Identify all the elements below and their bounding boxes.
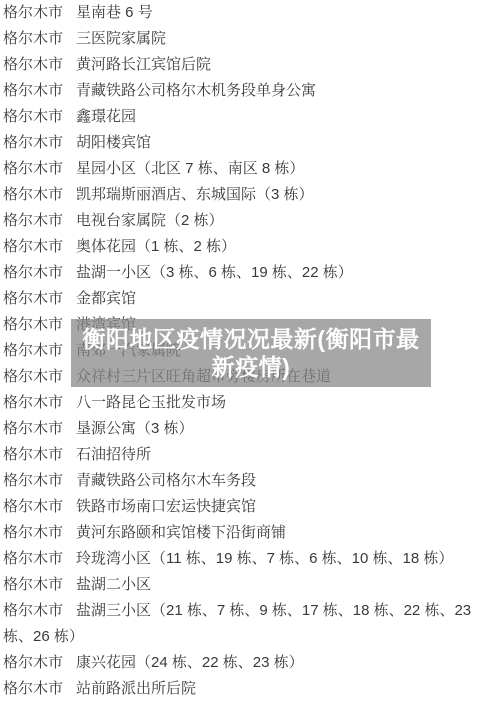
list-item: 格尔木市石油招待所 bbox=[3, 442, 498, 468]
list-item: 格尔木市鑫璟花园 bbox=[3, 104, 498, 130]
place-label: 黄河东路颐和宾馆楼下沿街商铺 bbox=[76, 524, 286, 541]
city-label: 格尔木市 bbox=[3, 56, 63, 73]
list-item: 格尔木市金都宾馆 bbox=[3, 286, 498, 312]
list-item: 格尔木市三医院家属院 bbox=[3, 26, 498, 52]
place-label: 垦源公寓（3 栋） bbox=[76, 420, 194, 437]
list-item: 格尔木市黄河东路颐和宾馆楼下沿街商铺 bbox=[3, 520, 498, 546]
list-item: 格尔木市青藏铁路公司格尔木车务段 bbox=[3, 468, 498, 494]
list-item: 格尔木市站前路派出所后院 bbox=[3, 676, 498, 702]
city-label: 格尔木市 bbox=[3, 134, 63, 151]
list-item: 格尔木市八一路昆仑玉批发市场 bbox=[3, 390, 498, 416]
place-label: 金都宾馆 bbox=[76, 290, 136, 307]
city-label: 格尔木市 bbox=[3, 524, 63, 541]
city-label: 格尔木市 bbox=[3, 446, 63, 463]
place-label: 星园小区（北区 7 栋、南区 8 栋） bbox=[76, 160, 304, 177]
place-label: 玲珑湾小区（11 栋、19 栋、7 栋、6 栋、10 栋、18 栋） bbox=[76, 550, 453, 567]
city-label: 格尔木市 bbox=[3, 342, 63, 359]
page: { "page": { "background": "#ffffff", "te… bbox=[0, 0, 500, 707]
list-item: 格尔木市胡阳楼宾馆 bbox=[3, 130, 498, 156]
city-label: 格尔木市 bbox=[3, 108, 63, 125]
city-label: 格尔木市 bbox=[3, 680, 63, 697]
city-label: 格尔木市 bbox=[3, 264, 63, 281]
city-label: 格尔木市 bbox=[3, 602, 63, 619]
list-item: 格尔木市黄河路长江宾馆后院 bbox=[3, 52, 498, 78]
place-label: 星南巷 6 号 bbox=[76, 4, 153, 21]
watermark-title: 衡阳地区疫情况况最新(衡阳市最新疫情) bbox=[78, 325, 424, 381]
list-item: 格尔木市铁路市场南口宏运快捷宾馆 bbox=[3, 494, 498, 520]
list-item: 格尔木市康兴花园（24 栋、22 栋、23 栋） bbox=[3, 650, 498, 676]
city-label: 格尔木市 bbox=[3, 4, 63, 21]
place-label: 青藏铁路公司格尔木机务段单身公寓 bbox=[76, 82, 316, 99]
city-label: 格尔木市 bbox=[3, 576, 63, 593]
city-label: 格尔木市 bbox=[3, 472, 63, 489]
list-item: 格尔木市凯邦瑞斯丽酒店、东城国际（3 栋） bbox=[3, 182, 498, 208]
list-item: 格尔木市星园小区（北区 7 栋、南区 8 栋） bbox=[3, 156, 498, 182]
city-label: 格尔木市 bbox=[3, 212, 63, 229]
place-label: 三医院家属院 bbox=[76, 30, 166, 47]
list-item: 格尔木市盐湖一小区（3 栋、6 栋、19 栋、22 栋） bbox=[3, 260, 498, 286]
list-item: 格尔木市玲珑湾小区（11 栋、19 栋、7 栋、6 栋、10 栋、18 栋） bbox=[3, 546, 498, 572]
place-label: 盐湖二小区 bbox=[76, 576, 151, 593]
place-label: 青藏铁路公司格尔木车务段 bbox=[76, 472, 256, 489]
place-label: 盐湖一小区（3 栋、6 栋、19 栋、22 栋） bbox=[76, 264, 353, 281]
place-label: 凯邦瑞斯丽酒店、东城国际（3 栋） bbox=[76, 186, 314, 203]
list-item: 格尔木市奥体花园（1 栋、2 栋） bbox=[3, 234, 498, 260]
watermark-overlay: 衡阳地区疫情况况最新(衡阳市最新疫情) bbox=[71, 319, 431, 387]
city-label: 格尔木市 bbox=[3, 654, 63, 671]
list-item: 格尔木市盐湖三小区（21 栋、7 栋、9 栋、17 栋、18 栋、22 栋、23… bbox=[3, 598, 498, 650]
city-label: 格尔木市 bbox=[3, 316, 63, 333]
place-label: 康兴花园（24 栋、22 栋、23 栋） bbox=[76, 654, 304, 671]
city-label: 格尔木市 bbox=[3, 160, 63, 177]
place-label: 铁路市场南口宏运快捷宾馆 bbox=[76, 498, 256, 515]
city-label: 格尔木市 bbox=[3, 394, 63, 411]
place-label: 奥体花园（1 栋、2 栋） bbox=[76, 238, 236, 255]
list-item: 格尔木市电视台家属院（2 栋） bbox=[3, 208, 498, 234]
list-item: 格尔木市青藏铁路公司格尔木机务段单身公寓 bbox=[3, 78, 498, 104]
place-label: 鑫璟花园 bbox=[76, 108, 136, 125]
list-item: 格尔木市盐湖二小区 bbox=[3, 572, 498, 598]
place-label: 黄河路长江宾馆后院 bbox=[76, 56, 211, 73]
place-label: 石油招待所 bbox=[76, 446, 151, 463]
city-label: 格尔木市 bbox=[3, 238, 63, 255]
city-label: 格尔木市 bbox=[3, 30, 63, 47]
city-label: 格尔木市 bbox=[3, 550, 63, 567]
place-label: 八一路昆仑玉批发市场 bbox=[76, 394, 226, 411]
city-label: 格尔木市 bbox=[3, 290, 63, 307]
list-item: 格尔木市垦源公寓（3 栋） bbox=[3, 416, 498, 442]
place-label: 电视台家属院（2 栋） bbox=[76, 212, 224, 229]
place-label: 站前路派出所后院 bbox=[76, 680, 196, 697]
place-label: 盐湖三小区（21 栋、7 栋、9 栋、17 栋、18 栋、22 栋、23 栋、2… bbox=[3, 602, 471, 645]
city-label: 格尔木市 bbox=[3, 498, 63, 515]
city-label: 格尔木市 bbox=[3, 368, 63, 385]
place-label: 胡阳楼宾馆 bbox=[76, 134, 151, 151]
list-item: 格尔木市星南巷 6 号 bbox=[3, 0, 498, 26]
city-label: 格尔木市 bbox=[3, 420, 63, 437]
city-label: 格尔木市 bbox=[3, 82, 63, 99]
city-label: 格尔木市 bbox=[3, 186, 63, 203]
